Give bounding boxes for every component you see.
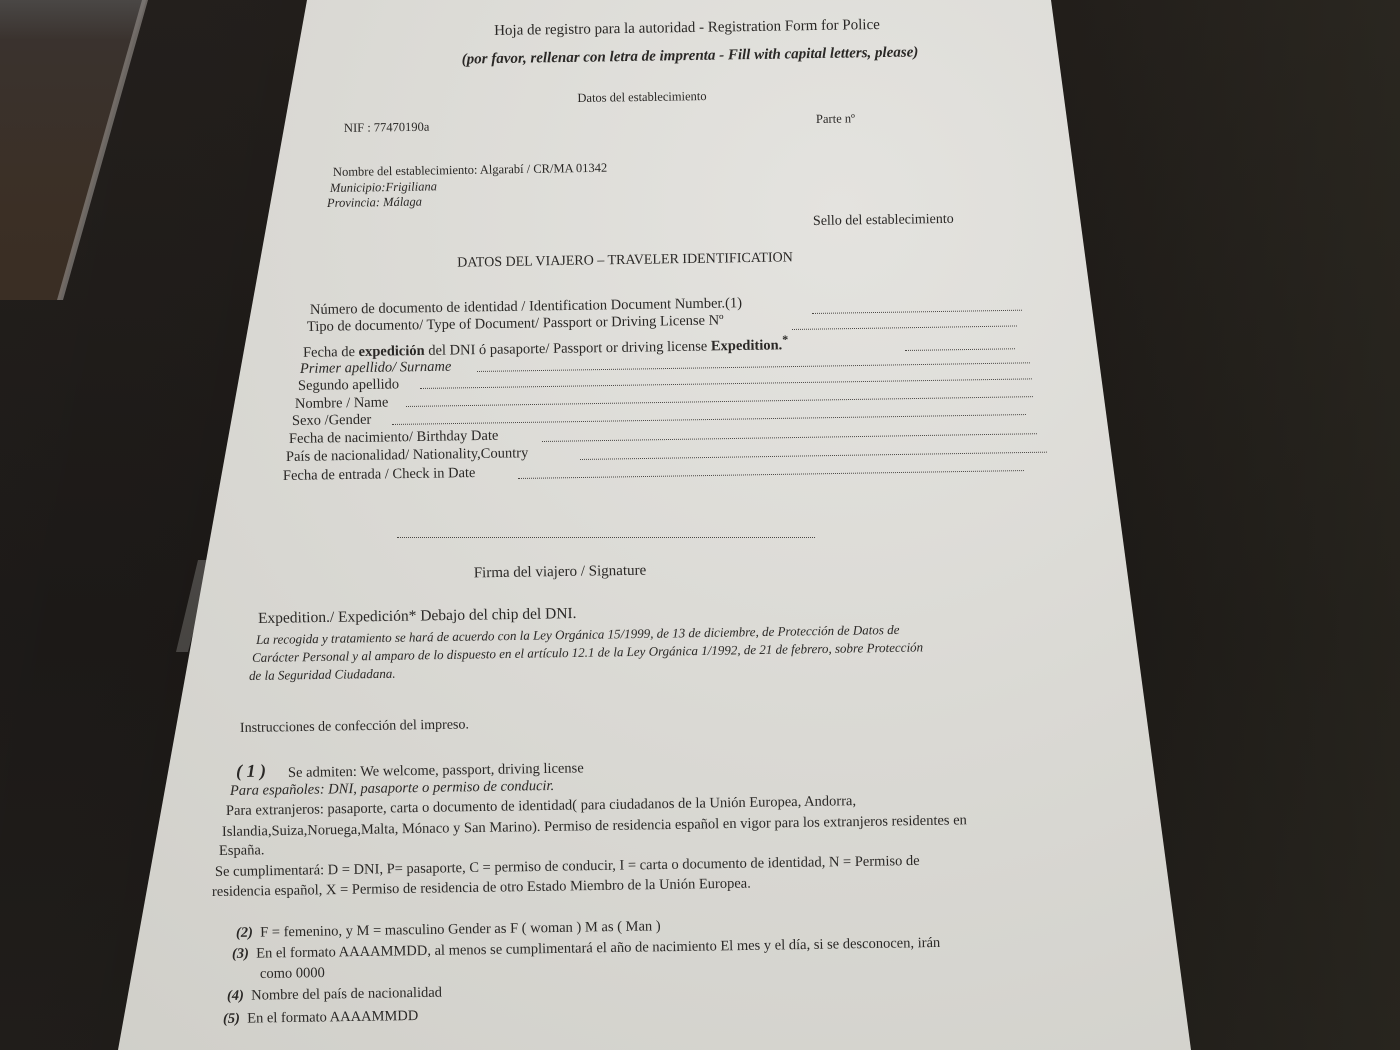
signature-label: Firma del viajero / Signature — [474, 563, 647, 583]
instruction-5: (5) En el formato AAAAMMDD — [223, 1007, 419, 1029]
translucent-sheet-top — [0, 0, 150, 40]
parte-number-label: Parte nº — [816, 111, 855, 127]
number: (2) — [236, 925, 253, 941]
text: F = femenino, y M = masculino Gender as … — [260, 918, 661, 940]
text: En el formato AAAAMMDD — [247, 1008, 418, 1027]
asterisk: * — [782, 332, 788, 346]
nif: NIF : 77470190a — [344, 120, 430, 136]
instruction-1-line: España. — [219, 841, 265, 861]
label-bold-part: expedición — [358, 343, 424, 360]
field-second-surname-label: Segundo apellido — [298, 376, 399, 395]
number: (5) — [223, 1011, 240, 1027]
number: (4) — [227, 988, 244, 1004]
field-name-label: Nombre / Name — [295, 395, 389, 413]
instruction-4: (4) Nombre del país de nacionalidad — [227, 984, 442, 1006]
provincia: Provincia: Málaga — [327, 195, 422, 211]
number: (3) — [232, 946, 249, 962]
establishment-stamp-label: Sello del establecimiento — [813, 212, 954, 230]
number: ( 1 ) — [236, 761, 266, 781]
text: Nombre del país de nacionalidad — [251, 985, 442, 1004]
municipio: Municipio:Frigiliana — [330, 179, 437, 196]
establishment-section-heading: Datos del establecimiento — [577, 89, 706, 106]
label-part: del DNI ó pasaporte/ Passport or driving… — [425, 338, 712, 358]
field-gender-label: Sexo /Gender — [292, 412, 372, 430]
label-bold-part: Expedition. — [711, 337, 783, 354]
instruction-1-number: ( 1 ) — [236, 761, 266, 782]
label-part: Fecha de — [303, 344, 359, 361]
field-surname-label: Primer apellido/ Surname — [300, 359, 452, 378]
field-birth-date-label: Fecha de nacimiento/ Birthday Date — [289, 428, 499, 448]
field-checkin-date-label: Fecha de entrada / Check in Date — [283, 465, 476, 485]
instruction-3-cont: como 0000 — [260, 964, 325, 984]
legal-text-line-3: de la Seguridad Ciudadana. — [249, 665, 396, 685]
signature-line[interactable] — [397, 537, 815, 538]
